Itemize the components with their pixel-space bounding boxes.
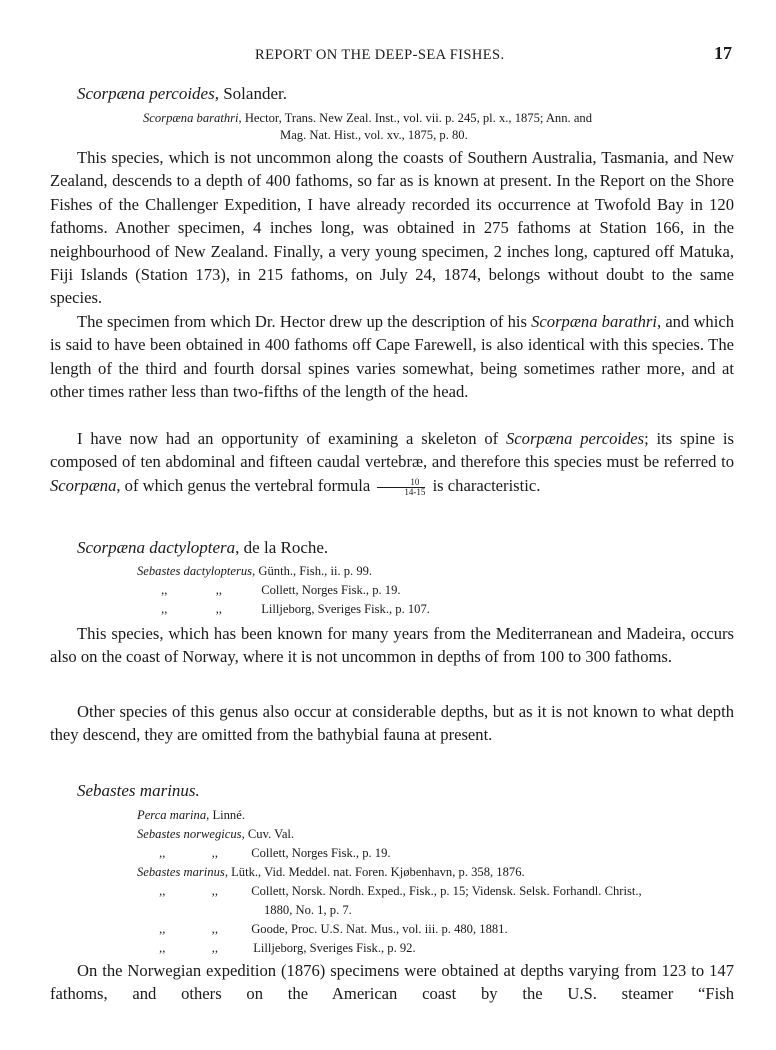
ditto-mark: ,, [209,921,222,938]
citation: Lilljeborg, Sveriges Fisk., p. 107. [261,602,430,616]
species-name: Scorpæna barathri [531,312,657,331]
ditto-mark: ,, [213,582,226,599]
species-name: Scorpæna percoides [77,84,215,103]
ditto-mark: ,, [209,845,222,862]
running-head: REPORT ON THE DEEP-SEA FISHES. [255,47,504,64]
paragraph: I have now had an opportunity of examini… [50,427,734,497]
ditto-mark: ,, [156,921,169,938]
ditto-mark: ,, [158,582,171,599]
citation: Lilljeborg, Sveriges Fisk., p. 92. [253,941,415,955]
citation: , Lütk., Vid. Meddel. nat. Foren. Kjøben… [225,865,525,879]
synonymy-ref: Sebastes dactylopterus, Günth., Fish., i… [137,563,372,580]
ditto-mark: ,, [156,845,169,862]
species-heading-scorpaena-dactyloptera: Scorpæna dactyloptera, de la Roche. [77,538,328,558]
paragraph-text: This species, which has been known for m… [50,622,734,669]
citation: , Cuv. Val. [242,827,294,841]
species-author: , Solander. [215,84,287,103]
ditto-mark: ,, [209,883,222,900]
ditto-mark: ,, [156,883,169,900]
citation: , Günth., Fish., ii. p. 99. [252,564,372,578]
ditto-mark: ,, [156,940,169,957]
synonymy-ref: ,,,,Lilljeborg, Sveriges Fisk., p. 107. [158,601,430,618]
ditto-mark: ,, [213,601,226,618]
citation: Collett, Norsk. Nordh. Exped., Fisk., p.… [251,884,641,898]
paragraph-text: The specimen from which Dr. Hector drew … [50,310,734,404]
paragraph: This species, which has been known for m… [50,622,734,669]
species-name: Scorpæna percoides [506,429,644,448]
synonymy-ref: Sebastes norwegicus, Cuv. Val. [137,826,294,843]
paragraph-text: Other species of this genus also occur a… [50,700,734,747]
synonym-name: Sebastes norwegicus [137,827,242,841]
synonymy-ref: Sebastes marinus, Lütk., Vid. Meddel. na… [137,864,525,881]
citation: Collett, Norges Fisk., p. 19. [251,846,390,860]
paragraph: On the Norwegian expedition (1876) speci… [50,959,734,1006]
species-name: Scorpæna dactyloptera [77,538,235,557]
paragraph: Other species of this genus also occur a… [50,700,734,747]
paragraph: The specimen from which Dr. Hector drew … [50,310,734,404]
paragraph-text: I have now had an opportunity of examini… [50,427,734,497]
citation: , Linné. [206,808,245,822]
species-heading-sebastes-marinus: Sebastes marinus. [77,781,200,801]
synonym-name: Scorpæna barathri [143,111,239,125]
vertebral-formula: 1014-15 [377,478,425,497]
synonym-name: Sebastes dactylopterus [137,564,252,578]
genus-name: Scorpæna [50,476,116,495]
paragraph: This species, which is not uncommon alon… [50,146,734,310]
document-page: REPORT ON THE DEEP-SEA FISHES. 17 Scorpæ… [0,0,776,1050]
paragraph-text: This species, which is not uncommon alon… [50,146,734,310]
paragraph-text: On the Norwegian expedition (1876) speci… [50,959,734,1006]
synonym-name: Perca marina [137,808,206,822]
species-name: Sebastes marinus. [77,781,200,800]
synonymy-ref-cont: Mag. Nat. Hist., vol. xv., 1875, p. 80. [280,127,468,144]
synonym-name: Sebastes marinus [137,865,225,879]
synonymy-ref: ,,,,Lilljeborg, Sveriges Fisk., p. 92. [156,940,416,957]
species-author: , de la Roche. [235,538,328,557]
synonymy-ref: Scorpæna barathri, Hector, Trans. New Ze… [143,110,592,127]
ditto-mark: ,, [158,601,171,618]
ditto-mark: ,, [209,940,222,957]
citation: , Hector, Trans. New Zeal. Inst., vol. v… [239,111,593,125]
synonymy-ref: Perca marina, Linné. [137,807,245,824]
synonymy-ref: ,,,,Collett, Norges Fisk., p. 19. [156,845,391,862]
page-number: 17 [714,43,732,64]
citation: Goode, Proc. U.S. Nat. Mus., vol. iii. p… [251,922,507,936]
synonymy-ref: ,,,,Goode, Proc. U.S. Nat. Mus., vol. ii… [156,921,508,938]
citation: Collett, Norges Fisk., p. 19. [261,583,400,597]
synonymy-ref: ,,,,Collett, Norsk. Nordh. Exped., Fisk.… [156,883,642,900]
species-heading-scorpaena-percoides: Scorpæna percoides, Solander. [77,84,287,104]
synonymy-ref: ,,,,Collett, Norges Fisk., p. 19. [158,582,401,599]
synonymy-ref-cont: 1880, No. 1, p. 7. [264,902,352,919]
